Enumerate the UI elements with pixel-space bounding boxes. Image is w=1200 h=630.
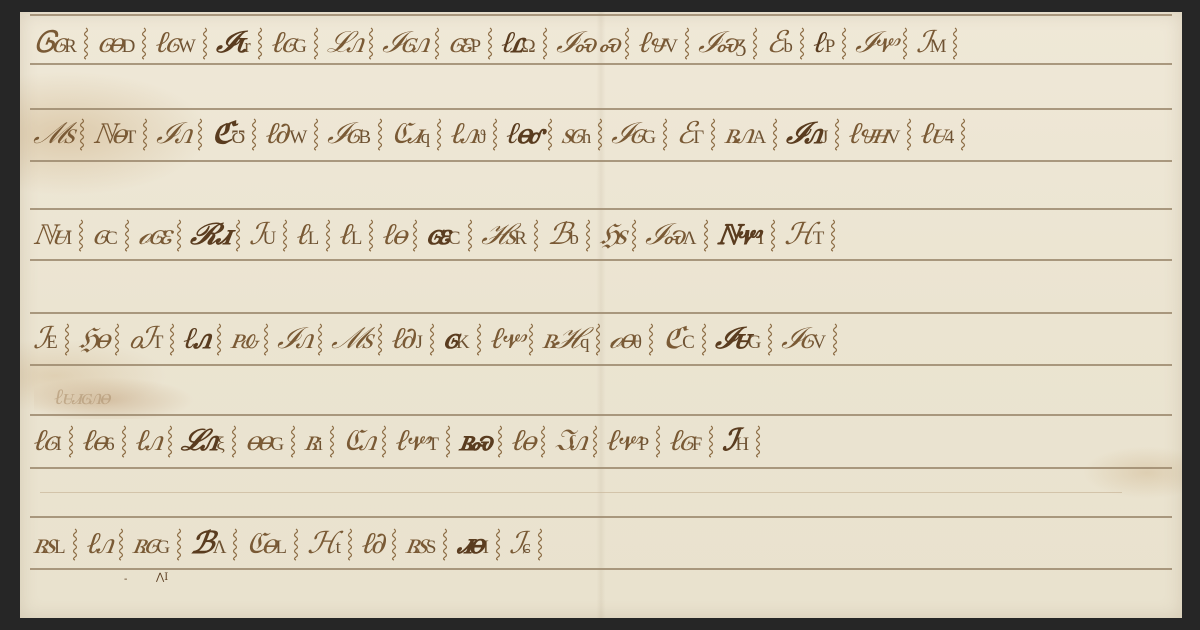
cursive-glyph: ℓꮙ — [488, 322, 523, 356]
wavy-separator-icon — [380, 424, 388, 458]
wavy-separator-icon — [591, 424, 599, 458]
shorthand-entry: ℓ∂J — [392, 322, 441, 356]
shorthand-entry: ℐH — [723, 424, 768, 458]
ruled-line — [30, 467, 1172, 469]
cursive-glyph: ℐꮝ — [643, 218, 684, 252]
cursive-glyph: ℳꮪ — [32, 117, 75, 151]
shorthand-entry: ꮪꮆh — [562, 117, 610, 151]
wavy-separator-icon — [496, 424, 504, 458]
printed-letter: T — [125, 127, 137, 149]
shorthand-entry: ℒꮑ — [328, 26, 382, 60]
printed-letter: T — [152, 332, 164, 354]
cursive-glyph: ℭꮑ — [342, 424, 377, 458]
cursive-glyph: ℴꮆꮛ — [136, 218, 171, 252]
printed-letter: C — [448, 228, 461, 250]
wavy-separator-icon — [709, 117, 717, 151]
cursive-glyph: ꮢꮪ — [32, 527, 56, 561]
printed-letter: T — [427, 434, 439, 456]
cursive-glyph: ℋꮪ — [479, 218, 515, 252]
wavy-separator-icon — [475, 322, 483, 356]
shorthand-entry: ℓꮆW — [156, 26, 214, 60]
printed-letter: Ʊ — [231, 127, 245, 149]
printed-letter: ɕ — [522, 537, 530, 559]
cursive-glyph: ℌꮎ — [76, 322, 109, 356]
cursive-glyph: ꮢꮪ — [403, 527, 427, 561]
wavy-separator-icon — [428, 322, 436, 356]
wavy-separator-icon — [584, 218, 592, 252]
wavy-separator-icon — [541, 26, 549, 60]
ruled-line — [30, 259, 1172, 261]
printed-letter: F — [692, 434, 703, 456]
cursive-glyph: ꮆꮛ — [447, 26, 472, 60]
shorthand-entry: ℓꮆF — [670, 424, 721, 458]
printed-letter: H — [735, 434, 749, 456]
cursive-glyph: ℋ — [783, 218, 814, 252]
cursive-glyph: ℐꮆ — [326, 117, 360, 151]
printed-letter: L — [54, 537, 66, 559]
shorthand-entry: ℌꮪ — [600, 218, 644, 252]
wavy-separator-icon — [594, 322, 602, 356]
wavy-separator-icon — [250, 117, 258, 151]
printed-letter: Γ — [693, 127, 704, 149]
shorthand-entry: ℋT — [785, 218, 843, 252]
shorthand-entry: ℓꮑ — [184, 322, 229, 356]
cursive-glyph: ℓꮆ — [269, 26, 294, 60]
ruled-line — [30, 160, 1172, 162]
cursive-glyph: ℐꮝ ꮝ — [554, 26, 619, 60]
printed-letter: M — [930, 36, 947, 58]
cursive-glyph: ℭꮎ — [245, 527, 277, 561]
cursive-glyph: ℐꮑ — [155, 117, 193, 151]
wavy-separator-icon — [754, 424, 762, 458]
cursive-glyph: ℓꮑ — [84, 527, 113, 561]
wavy-separator-icon — [292, 527, 300, 561]
cursive-glyph: ℓꮆ — [154, 26, 179, 60]
text-band-1: ᎶꮆRꮆꮎDℓꮆWℐꮣrℓꮆGℒꮑℐꮆꮑꮆꮛPℓꮭΩℐꮝ ꮝℓꮰVℐꮝƷℰbℓP… — [34, 16, 1168, 60]
cursive-glyph: ℭ — [661, 322, 684, 356]
shorthand-entry: ℋt — [308, 527, 360, 561]
cursive-glyph: ꮢ — [303, 424, 319, 458]
wavy-separator-icon — [901, 26, 909, 60]
printed-letter: I — [56, 434, 62, 456]
wavy-separator-icon — [700, 322, 708, 356]
wavy-separator-icon — [328, 424, 336, 458]
shorthand-entry: ℴꮎθ — [610, 322, 661, 356]
wavy-separator-icon — [441, 527, 449, 561]
printed-letter: J — [415, 332, 422, 354]
shorthand-entry: ℓL — [340, 218, 381, 252]
cursive-glyph: ℳꮪ — [330, 322, 373, 356]
cursive-glyph: ℓꮎ — [80, 424, 106, 458]
cursive-glyph: ℐꮝ — [697, 26, 738, 60]
cursive-glyph: ꮆꮎ — [95, 26, 123, 60]
printed-letter: P — [825, 36, 836, 58]
wavy-separator-icon — [256, 26, 264, 60]
shorthand-entry: ℓꮜ4 — [921, 117, 973, 151]
printed-letter: G — [748, 332, 762, 354]
shorthand-entry: ℬɅ — [191, 527, 245, 561]
cursive-glyph: ℓꮑ — [182, 322, 211, 356]
printed-letter: I — [66, 228, 72, 250]
wavy-separator-icon — [113, 322, 121, 356]
shorthand-entry: ꮆꮛP — [449, 26, 500, 60]
wavy-separator-icon — [702, 218, 710, 252]
wavy-separator-icon — [486, 26, 494, 60]
cursive-glyph: ℐꮜ — [713, 322, 749, 356]
wavy-separator-icon — [959, 117, 967, 151]
wavy-separator-icon — [215, 322, 223, 356]
printed-letter: D — [122, 36, 136, 58]
wavy-separator-icon — [120, 424, 128, 458]
cursive-glyph: ℕꮎ — [92, 117, 127, 151]
wavy-separator-icon — [532, 218, 540, 252]
shorthand-entry: ℐꮑ — [157, 117, 210, 151]
shorthand-entry: ꮢꮑA — [725, 117, 785, 151]
cursive-glyph: ℓꮆ — [32, 424, 57, 458]
shorthand-entry: ꮆꮛC — [427, 218, 480, 252]
wavy-separator-icon — [71, 527, 79, 561]
shorthand-entry: ℐꮑ — [278, 322, 331, 356]
cursive-glyph: ℓ∂ — [359, 527, 386, 561]
cursive-glyph: ℭ — [210, 117, 233, 151]
wavy-separator-icon — [316, 322, 324, 356]
wavy-separator-icon — [234, 218, 242, 252]
printed-letter: G — [270, 434, 284, 456]
wavy-separator-icon — [201, 26, 209, 60]
wavy-separator-icon — [312, 26, 320, 60]
shorthand-entry: ꮆK — [444, 322, 489, 356]
printed-letter: ξ — [216, 434, 224, 456]
wavy-separator-icon — [168, 322, 176, 356]
wavy-separator-icon — [539, 424, 547, 458]
faded-line — [40, 492, 1122, 493]
printed-letter: b — [783, 36, 793, 58]
wavy-separator-icon — [771, 117, 779, 151]
printed-letter: C — [105, 228, 118, 250]
shorthand-entry: ℓL — [297, 218, 338, 252]
wavy-separator-icon — [444, 424, 452, 458]
cursive-glyph: ꮢꮝ — [458, 424, 492, 458]
erased-text: ℓꮜꮧꮆꮑꮎ — [54, 384, 108, 410]
shorthand-entry: ℐM — [917, 26, 965, 60]
printed-letter: U — [262, 228, 276, 250]
printed-letter: T — [813, 228, 825, 250]
text-band-6: ꮢꮪLℓꮑꮢꮆGℬɅℭꮎLℋtℓ∂ꮢꮪSꮧꮎIℐɕ — [34, 517, 1168, 561]
printed-letter: R — [514, 228, 527, 250]
shorthand-entry: ℐꮆG — [612, 117, 675, 151]
ruled-line — [30, 63, 1172, 65]
printed-letter: i — [318, 434, 323, 456]
cursive-glyph: ℴꮎ — [608, 322, 634, 356]
shorthand-entry: ℰb — [767, 26, 812, 60]
shorthand-entry: ℋꮪR — [482, 218, 546, 252]
printed-letter: I — [758, 228, 764, 250]
wavy-separator-icon — [376, 322, 384, 356]
printed-letter: B — [358, 127, 371, 149]
printed-letter: θ — [633, 332, 642, 354]
wavy-separator-icon — [751, 26, 759, 60]
shorthand-entry: ℐꮆB — [328, 117, 390, 151]
shorthand-entry: ℓꮙT — [396, 424, 458, 458]
wavy-separator-icon — [63, 322, 71, 356]
printed-letter: r — [244, 36, 250, 58]
shorthand-entry: ℓP — [814, 26, 854, 60]
wavy-separator-icon — [905, 117, 913, 151]
cursive-glyph: ℓꮎ — [381, 218, 407, 252]
wavy-separator-icon — [376, 117, 384, 151]
printed-letter: G — [293, 36, 307, 58]
cursive-glyph: ℬ — [545, 218, 570, 252]
shorthand-entry: ℐꮙ — [856, 26, 915, 60]
cursive-glyph: ℭꮧ — [390, 117, 422, 151]
cursive-glyph: ꮪꮆ — [560, 117, 583, 151]
wavy-separator-icon — [435, 117, 443, 151]
wavy-separator-icon — [175, 218, 183, 252]
text-band-4: ℐEℌꮎℴℐTℓꮑꮲꮂℐꮑℳꮪℓ∂JꮆKℓꮙꮢℋqℴꮎθℭCℐꮜGℐꮆV — [34, 312, 1168, 356]
printed-letter: S — [426, 537, 437, 559]
cursive-glyph: ℓꮙ — [605, 424, 640, 458]
cursive-glyph: ℐ — [915, 26, 931, 60]
wavy-separator-icon — [367, 26, 375, 60]
shorthand-entry: ℳꮪ — [34, 117, 92, 151]
wavy-separator-icon — [231, 527, 239, 561]
printed-letter: Ʒ — [736, 36, 746, 58]
cursive-glyph: ℕꮙ — [715, 218, 759, 252]
cursive-glyph: ℓꮭ — [500, 26, 523, 60]
shorthand-entry: ℓꮎ6 — [83, 424, 134, 458]
shorthand-entry: ℭꮎL — [247, 527, 305, 561]
cursive-glyph: ꮆꮛ — [424, 218, 449, 252]
shorthand-entry: ᎶꮆR — [34, 26, 96, 60]
wavy-separator-icon — [654, 424, 662, 458]
shorthand-entry: ℐꮑJ — [787, 117, 847, 151]
shorthand-entry: ℕꮜI — [34, 218, 91, 252]
cursive-glyph: ꮢꮆ — [130, 527, 157, 561]
ruled-line — [30, 364, 1172, 366]
wavy-separator-icon — [433, 26, 441, 60]
shorthand-entry: ℐꮝΛ — [646, 218, 716, 252]
shorthand-entry: ℑꮑ — [555, 424, 605, 458]
printed-letter: J — [821, 127, 828, 149]
cursive-glyph: ℐꮑ — [275, 322, 313, 356]
wavy-separator-icon — [951, 26, 959, 60]
cursive-glyph: ℐꮆ — [610, 117, 644, 151]
cursive-glyph: ℐꮆꮑ — [381, 26, 430, 60]
wavy-separator-icon — [196, 117, 204, 151]
shorthand-entry: ℓꮎꮄ — [507, 117, 561, 151]
printed-letter: 4 — [945, 127, 955, 149]
manuscript-page: ℓꮜꮧꮆꮑꮎ - ⋀I ᎶꮆRꮆꮎDℓꮆWℐꮣrℓꮆGℒꮑℐꮆꮑꮆꮛPℓꮭΩℐꮝ… — [20, 12, 1182, 618]
cursive-glyph: ꮲꮂ — [229, 322, 258, 356]
wavy-separator-icon — [798, 26, 806, 60]
cursive-glyph: ℐ — [508, 527, 524, 561]
shorthand-entry: ℐɕ — [510, 527, 550, 561]
cursive-glyph: ℌꮪ — [597, 218, 626, 252]
wavy-separator-icon — [494, 527, 502, 561]
cursive-glyph: ℒꮑ — [326, 26, 364, 60]
printed-letter: G — [156, 537, 170, 559]
wavy-separator-icon — [312, 117, 320, 151]
cursive-glyph: ℐ — [721, 424, 737, 458]
shorthand-entry: ℓꮰꮋV — [849, 117, 919, 151]
wavy-separator-icon — [661, 117, 669, 151]
shorthand-entry: ℒꮑξ — [182, 424, 244, 458]
printed-letter: V — [887, 127, 901, 149]
wavy-separator-icon — [596, 117, 604, 151]
shorthand-entry: ℐꮆV — [782, 322, 845, 356]
shorthand-entry: ℳꮪ — [332, 322, 390, 356]
wavy-separator-icon — [833, 117, 841, 151]
wavy-separator-icon — [466, 218, 474, 252]
shorthand-entry: ℌꮎ — [79, 322, 127, 356]
shorthand-entry: ℐꮝƷ — [699, 26, 765, 60]
printed-letter: V — [812, 332, 826, 354]
cursive-glyph: ℴℐ — [127, 322, 154, 356]
printed-letter: L — [275, 537, 287, 559]
printed-letter: h — [582, 127, 592, 149]
cursive-glyph: ℓ∂ — [390, 322, 417, 356]
wavy-separator-icon — [623, 26, 631, 60]
wavy-separator-icon — [546, 117, 554, 151]
shorthand-entry: ꮢꮝ — [460, 424, 510, 458]
shorthand-entry: ꮧꮎI — [457, 527, 508, 561]
shorthand-entry: ℐE — [34, 322, 77, 356]
wavy-separator-icon — [769, 218, 777, 252]
wavy-separator-icon — [175, 527, 183, 561]
cursive-glyph: ꮢℋ — [541, 322, 581, 356]
cursive-glyph: ꮎꮎ — [243, 424, 271, 458]
ruled-line — [30, 568, 1172, 570]
wavy-separator-icon — [840, 26, 848, 60]
wavy-separator-icon — [77, 218, 85, 252]
shorthand-entry: ℭꮧq — [392, 117, 449, 151]
printed-letter: L — [308, 228, 320, 250]
shorthand-entry: ℕꮙI — [718, 218, 784, 252]
shorthand-entry: ꮲꮂ — [231, 322, 276, 356]
cursive-glyph: ℐꮆ — [780, 322, 814, 356]
wavy-separator-icon — [117, 527, 125, 561]
wavy-separator-icon — [766, 322, 774, 356]
wavy-separator-icon — [829, 218, 837, 252]
text-band-2: ℳꮪℕꮎTℐꮑℭƱℓ∂WℐꮆBℭꮧqℓꮑϑℓꮎꮄꮪꮆhℐꮆGℰΓꮢꮑAℐꮑJℓꮰ… — [34, 107, 1168, 151]
shorthand-entry: ℭC — [663, 322, 714, 356]
printed-letter: K — [456, 332, 470, 354]
cursive-glyph: ℓꮜ — [919, 117, 946, 151]
wavy-separator-icon — [630, 218, 638, 252]
shorthand-entry: ℐꮆꮑ — [383, 26, 447, 60]
wavy-separator-icon — [831, 322, 839, 356]
shorthand-entry: ℴℐT — [129, 322, 183, 356]
shorthand-entry: ℓꮙP — [607, 424, 668, 458]
shorthand-entry: ℓꮭΩ — [502, 26, 555, 60]
printed-letter: P — [470, 36, 481, 58]
printed-letter: V — [664, 36, 678, 58]
shorthand-entry: ℓꮑ — [87, 527, 131, 561]
printed-letter: 6 — [105, 434, 115, 456]
shorthand-entry: ℓꮰV — [639, 26, 697, 60]
shorthand-entry: ℰΓ — [677, 117, 723, 151]
shorthand-entry: ℓꮑ — [136, 424, 180, 458]
shorthand-entry: ℓꮎ — [512, 424, 553, 458]
printed-letter: L — [351, 228, 363, 250]
shorthand-entry: ℓꮆI — [34, 424, 81, 458]
shorthand-entry: ℭƱ — [212, 117, 264, 151]
printed-letter: ϑ — [476, 127, 485, 149]
printed-letter: I — [483, 537, 489, 559]
shorthand-entry: ℓꮑϑ — [451, 117, 505, 151]
shorthand-entry: ℓꮆG — [272, 26, 326, 60]
wavy-separator-icon — [140, 26, 148, 60]
printed-letter: E — [46, 332, 58, 354]
cursive-glyph: ℕꮜ — [32, 218, 68, 252]
cursive-glyph: ℐ — [32, 322, 48, 356]
wavy-separator-icon — [67, 424, 75, 458]
shorthand-entry: ℐꮜG — [716, 322, 781, 356]
wavy-separator-icon — [346, 527, 354, 561]
cursive-glyph: ℓꮎ — [509, 424, 535, 458]
wavy-separator-icon — [411, 218, 419, 252]
printed-letter: C — [682, 332, 695, 354]
shorthand-entry: ꮎꮎG — [246, 424, 303, 458]
cursive-glyph: ꮧꮎ — [455, 527, 484, 561]
cursive-glyph: ℓꮑ — [449, 117, 478, 151]
printed-letter: G — [642, 127, 656, 149]
cursive-glyph: ℐ — [248, 218, 264, 252]
wavy-separator-icon — [707, 424, 715, 458]
stray-mark: - — [124, 574, 127, 585]
text-band-3: ℕꮜIꮆCℴꮆꮛℛꮧℐUℓLℓLℓꮎꮆꮛCℋꮪRℬbℌꮪℐꮝΛℕꮙIℋT — [34, 208, 1168, 252]
wavy-separator-icon — [262, 322, 270, 356]
shorthand-entry: ℴꮆꮛ — [139, 218, 189, 252]
wavy-separator-icon — [289, 424, 297, 458]
wavy-separator-icon — [647, 322, 655, 356]
printed-letter: t — [336, 537, 341, 559]
cursive-glyph: ℓꮰꮋ — [847, 117, 888, 151]
shorthand-entry: ꮢꮪS — [406, 527, 456, 561]
wavy-separator-icon — [324, 218, 332, 252]
cursive-glyph: ℓꮎꮄ — [504, 117, 542, 151]
printed-letter: q — [580, 332, 590, 354]
printed-letter: W — [289, 127, 307, 149]
shorthand-entry: ꮢi — [305, 424, 342, 458]
shorthand-entry: ℐꮝ ꮝ — [557, 26, 638, 60]
printed-letter: W — [178, 36, 196, 58]
cursive-glyph: ℓ∂ — [264, 117, 291, 151]
wavy-separator-icon — [166, 424, 174, 458]
shorthand-entry: ℓ∂ — [362, 527, 404, 561]
cursive-glyph: ℑꮑ — [552, 424, 587, 458]
shorthand-entry: ℛꮧ — [191, 218, 249, 252]
cursive-glyph: ℓꮙ — [393, 424, 428, 458]
printed-letter: Ω — [522, 36, 536, 58]
cursive-glyph: ꮢꮑ — [723, 117, 754, 151]
shorthand-entry: ℕꮎT — [94, 117, 155, 151]
cursive-glyph: ℰ — [765, 26, 785, 60]
wavy-separator-icon — [527, 322, 535, 356]
stray-mark: ⋀I — [156, 572, 168, 583]
text-band-5: ℓꮆIℓꮎ6ℓꮑℒꮑξꮎꮎGꮢiℭꮑℓꮙTꮢꮝℓꮎℑꮑℓꮙPℓꮆFℐH — [34, 414, 1168, 458]
shorthand-entry: ℓ∂W — [266, 117, 326, 151]
printed-letter: P — [639, 434, 650, 456]
cursive-glyph: ℬ — [189, 527, 214, 561]
cursive-glyph: ℒꮑ — [179, 424, 217, 458]
printed-letter: q — [421, 127, 431, 149]
shorthand-entry: ℓꮙ — [491, 322, 542, 356]
printed-letter: Ʌ — [213, 537, 227, 559]
wavy-separator-icon — [390, 527, 398, 561]
shorthand-entry: ℭꮑ — [344, 424, 394, 458]
wavy-separator-icon — [123, 218, 131, 252]
